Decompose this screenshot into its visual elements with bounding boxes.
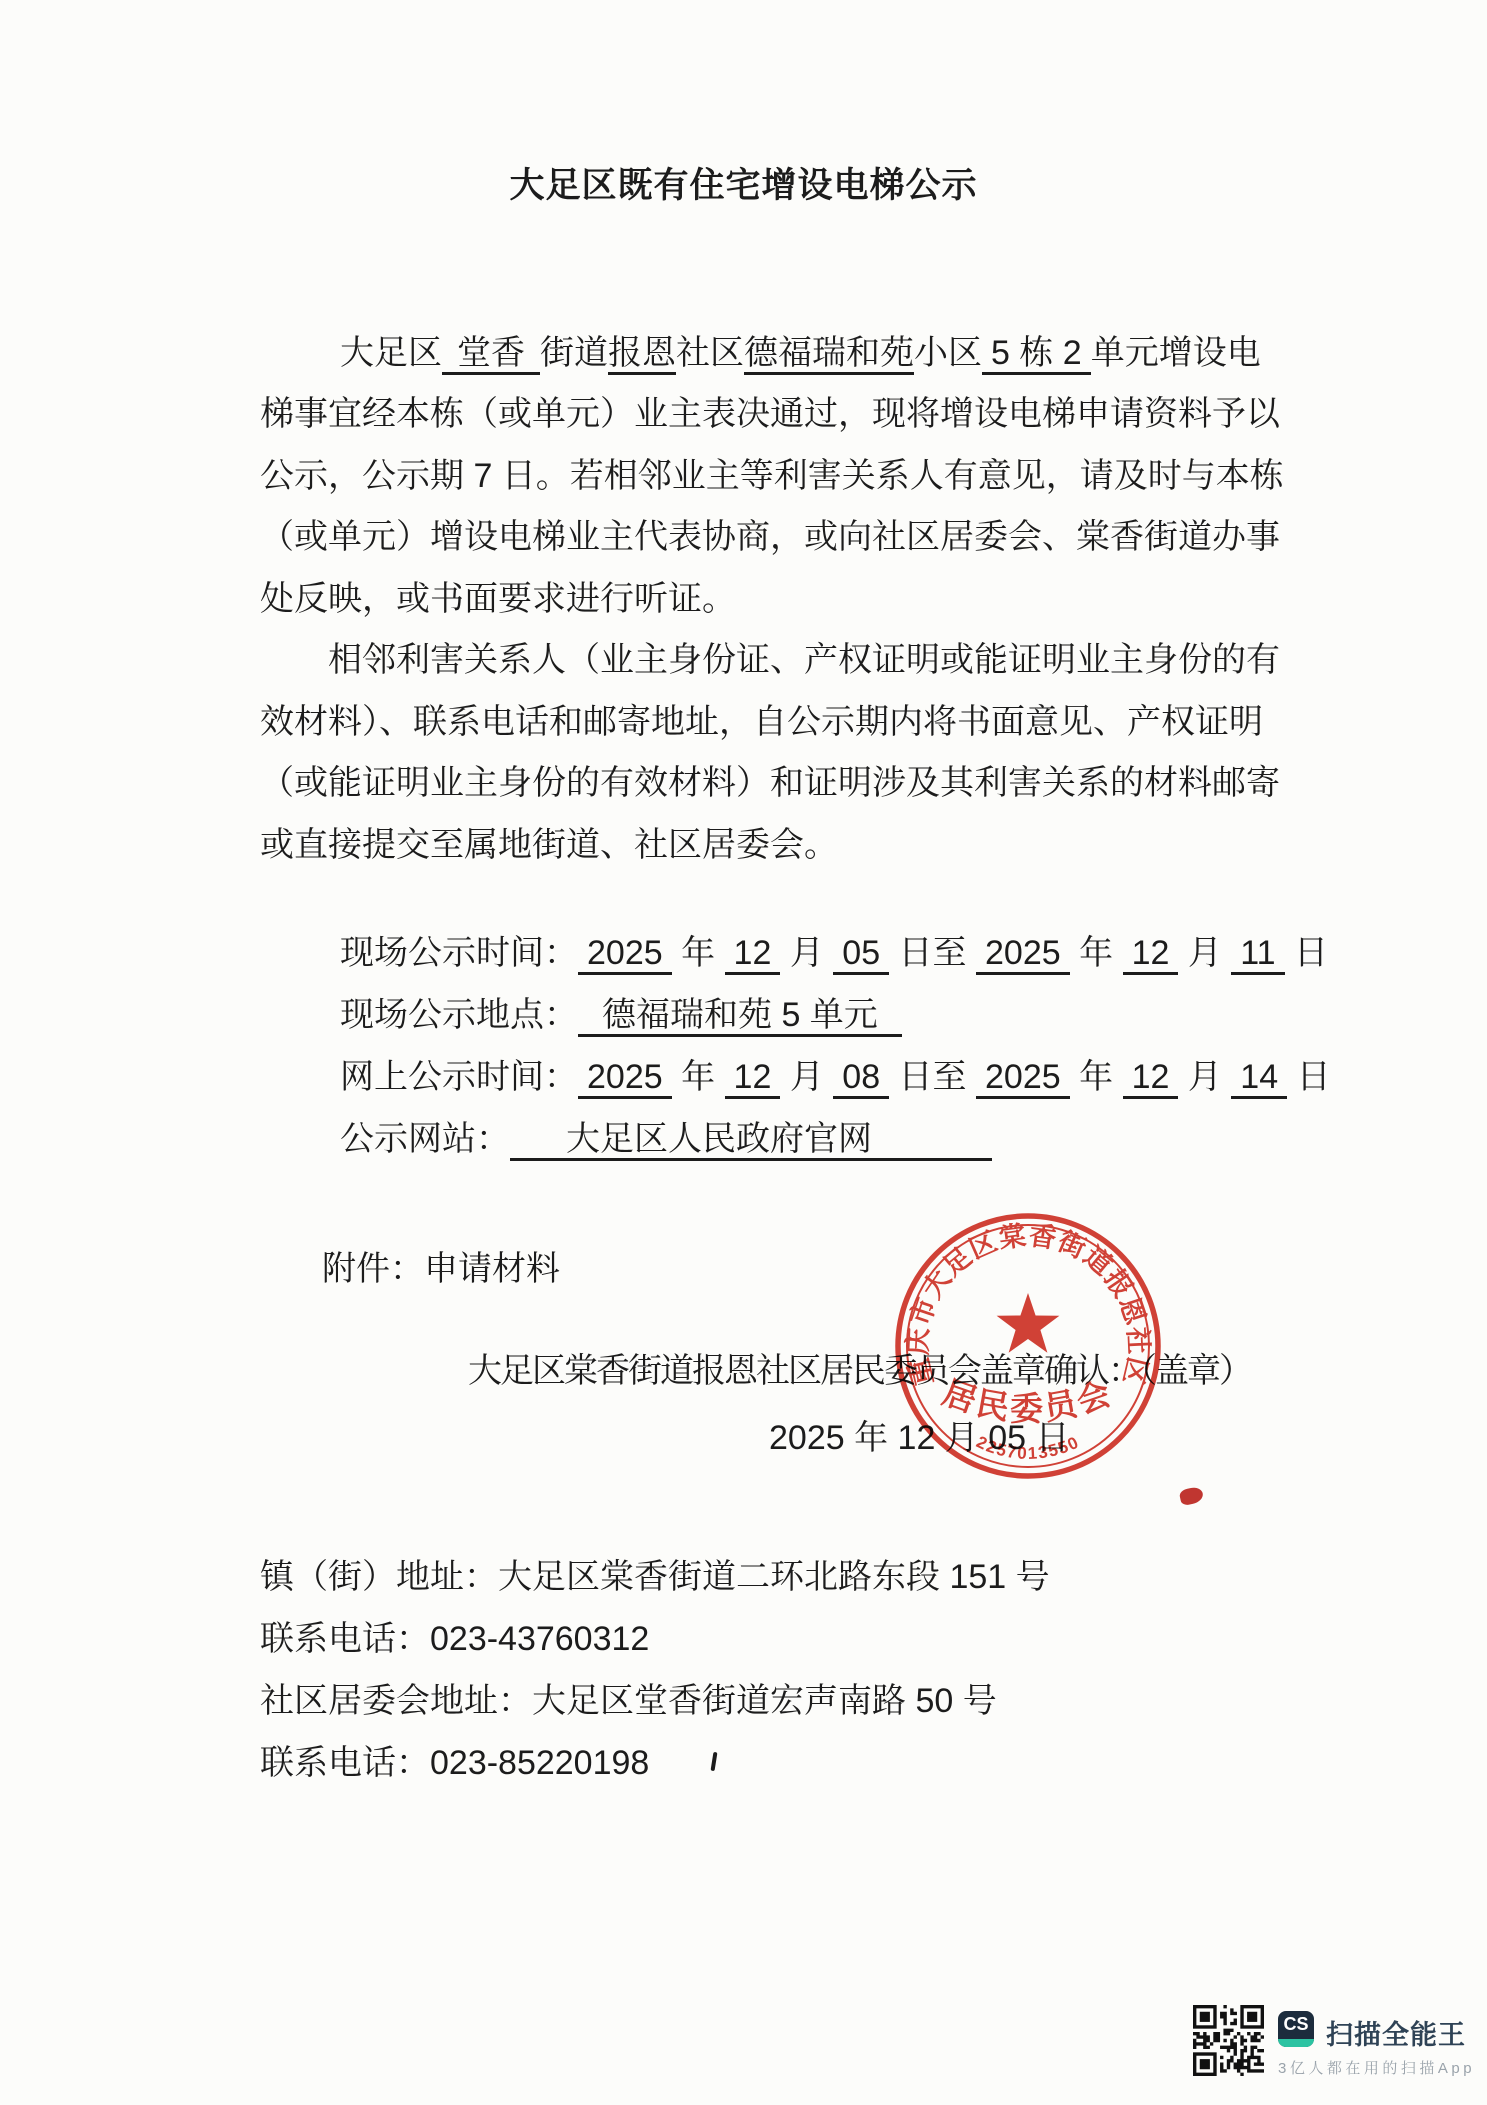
- field-label: 公示网站：: [340, 1120, 510, 1158]
- camscanner-logo-text: CS: [1278, 2011, 1314, 2038]
- paragraph-line: 处反映，或书面要求进行听证。: [260, 576, 736, 622]
- text-segment: 日: [1287, 1058, 1330, 1096]
- text-segment: 月: [1178, 1058, 1231, 1096]
- document-page: 大足区既有住宅增设电梯公示 大足区堂香街道报恩社区德福瑞和苑小区5 栋 2单元增…: [0, 0, 1487, 2105]
- filled-blank: 报恩: [608, 334, 676, 375]
- seal-serial-number: 2257013550: [973, 1432, 1082, 1463]
- website-row: 公示网站：大足区人民政府官网: [340, 1116, 992, 1162]
- text-segment: 年: [672, 934, 725, 972]
- text-segment: 日至: [889, 1058, 976, 1096]
- text-segment: 年: [1070, 934, 1123, 972]
- community-address-line: 社区居委会地址：大足区堂香街道宏声南路 50 号: [260, 1678, 997, 1724]
- ink-blot: [1179, 1486, 1205, 1506]
- scanner-app-name: 扫描全能王: [1326, 2013, 1466, 2052]
- filled-blank: 大足区人民政府官网: [510, 1120, 992, 1161]
- filled-blank: 12: [1123, 934, 1179, 975]
- online-time-row: 网上公示时间：2025 年 12 月 08 日至 2025 年 12 月 14 …: [340, 1054, 1331, 1100]
- seal-band-text: 居民委员会: [938, 1373, 1118, 1427]
- field-label: 现场公示地点：: [340, 996, 578, 1034]
- paragraph-line: 效材料）、联系电话和邮寄地址，自公示期内将书面意见、产权证明: [260, 699, 1263, 745]
- paragraph-line: 梯事宜经本栋（或单元）业主表决通过，现将增设电梯申请资料予以: [260, 391, 1280, 437]
- svg-text:居民委员会: 居民委员会: [938, 1373, 1118, 1427]
- field-label: 网上公示时间：: [340, 1058, 578, 1096]
- filled-blank: 11: [1231, 934, 1284, 975]
- filled-blank: 12: [1123, 1058, 1179, 1099]
- svg-text:2257013550: 2257013550: [973, 1432, 1082, 1463]
- filled-blank: 德福瑞和苑 5 单元: [578, 996, 902, 1037]
- scanner-app-tagline: 3亿人都在用的扫描App: [1278, 2057, 1475, 2078]
- text-segment: 年: [1070, 1058, 1123, 1096]
- filled-blank: 05: [833, 934, 889, 975]
- street-phone-line: 联系电话：023-43760312: [260, 1616, 649, 1662]
- filled-blank: 2025: [578, 1058, 672, 1099]
- text-segment: 月: [1178, 934, 1231, 972]
- stray-mark: [711, 1752, 718, 1771]
- filled-blank: 堂香: [442, 334, 540, 375]
- paragraph-line: 公示，公示期 7 日。若相邻业主等利害关系人有意见，请及时与本栋: [260, 453, 1284, 499]
- filled-blank: 2025: [976, 934, 1070, 975]
- text-segment: 社区: [676, 334, 744, 372]
- text-segment: 小区: [914, 334, 982, 372]
- camscanner-logo: CS: [1278, 2011, 1314, 2047]
- filled-blank: 2025: [976, 1058, 1070, 1099]
- street-address-line: 镇（街）地址：大足区棠香街道二环北路东段 151 号: [260, 1554, 1050, 1600]
- text-segment: 月: [780, 934, 833, 972]
- seal-outer-ring: [898, 1216, 1158, 1476]
- paragraph-line: 或直接提交至属地街道、社区居委会。: [260, 822, 838, 868]
- text-segment: 街道: [540, 334, 608, 372]
- filled-blank: 2025: [578, 934, 672, 975]
- qr-code: [1193, 2005, 1264, 2076]
- camscanner-logo-teal-bar: [1278, 2039, 1314, 2047]
- filled-blank: 08: [833, 1058, 889, 1099]
- onsite-time-row: 现场公示时间：2025 年 12 月 05 日至 2025 年 12 月 11 …: [340, 930, 1328, 976]
- official-seal-stamp: 重庆市大足区棠香街道报恩社区 居民委员会 2257013550: [890, 1208, 1166, 1484]
- community-phone-line: 联系电话：023-85220198: [260, 1740, 649, 1786]
- text-segment: 日至: [889, 934, 976, 972]
- page-title: 大足区既有住宅增设电梯公示: [0, 158, 1487, 208]
- filled-blank: 12: [725, 934, 781, 975]
- text-segment: 大足区: [340, 334, 442, 372]
- paragraph-line: （或单元）增设电梯业主代表协商，或向社区居委会、棠香街道办事: [260, 514, 1280, 560]
- filled-blank: 12: [725, 1058, 781, 1099]
- paragraph-line: （或能证明业主身份的有效材料）和证明涉及其利害关系的材料邮寄: [260, 760, 1280, 806]
- filled-blank: 14: [1231, 1058, 1287, 1099]
- text-segment: 年: [672, 1058, 725, 1096]
- attachment-line: 附件：申请材料: [322, 1246, 560, 1292]
- star-icon: [997, 1293, 1060, 1353]
- text-segment: 月: [780, 1058, 833, 1096]
- filled-blank: 德福瑞和苑: [744, 334, 914, 375]
- filled-blank: 5 栋 2: [982, 334, 1091, 375]
- paragraph-line: 大足区堂香街道报恩社区德福瑞和苑小区5 栋 2单元增设电: [260, 330, 1261, 376]
- onsite-place-row: 现场公示地点：德福瑞和苑 5 单元: [340, 992, 902, 1038]
- text-segment: 日: [1285, 934, 1328, 972]
- paragraph-line: 相邻利害关系人（业主身份证、产权证明或能证明业主身份的有: [260, 637, 1280, 683]
- text-segment: 单元增设电: [1091, 334, 1261, 372]
- field-label: 现场公示时间：: [340, 934, 578, 972]
